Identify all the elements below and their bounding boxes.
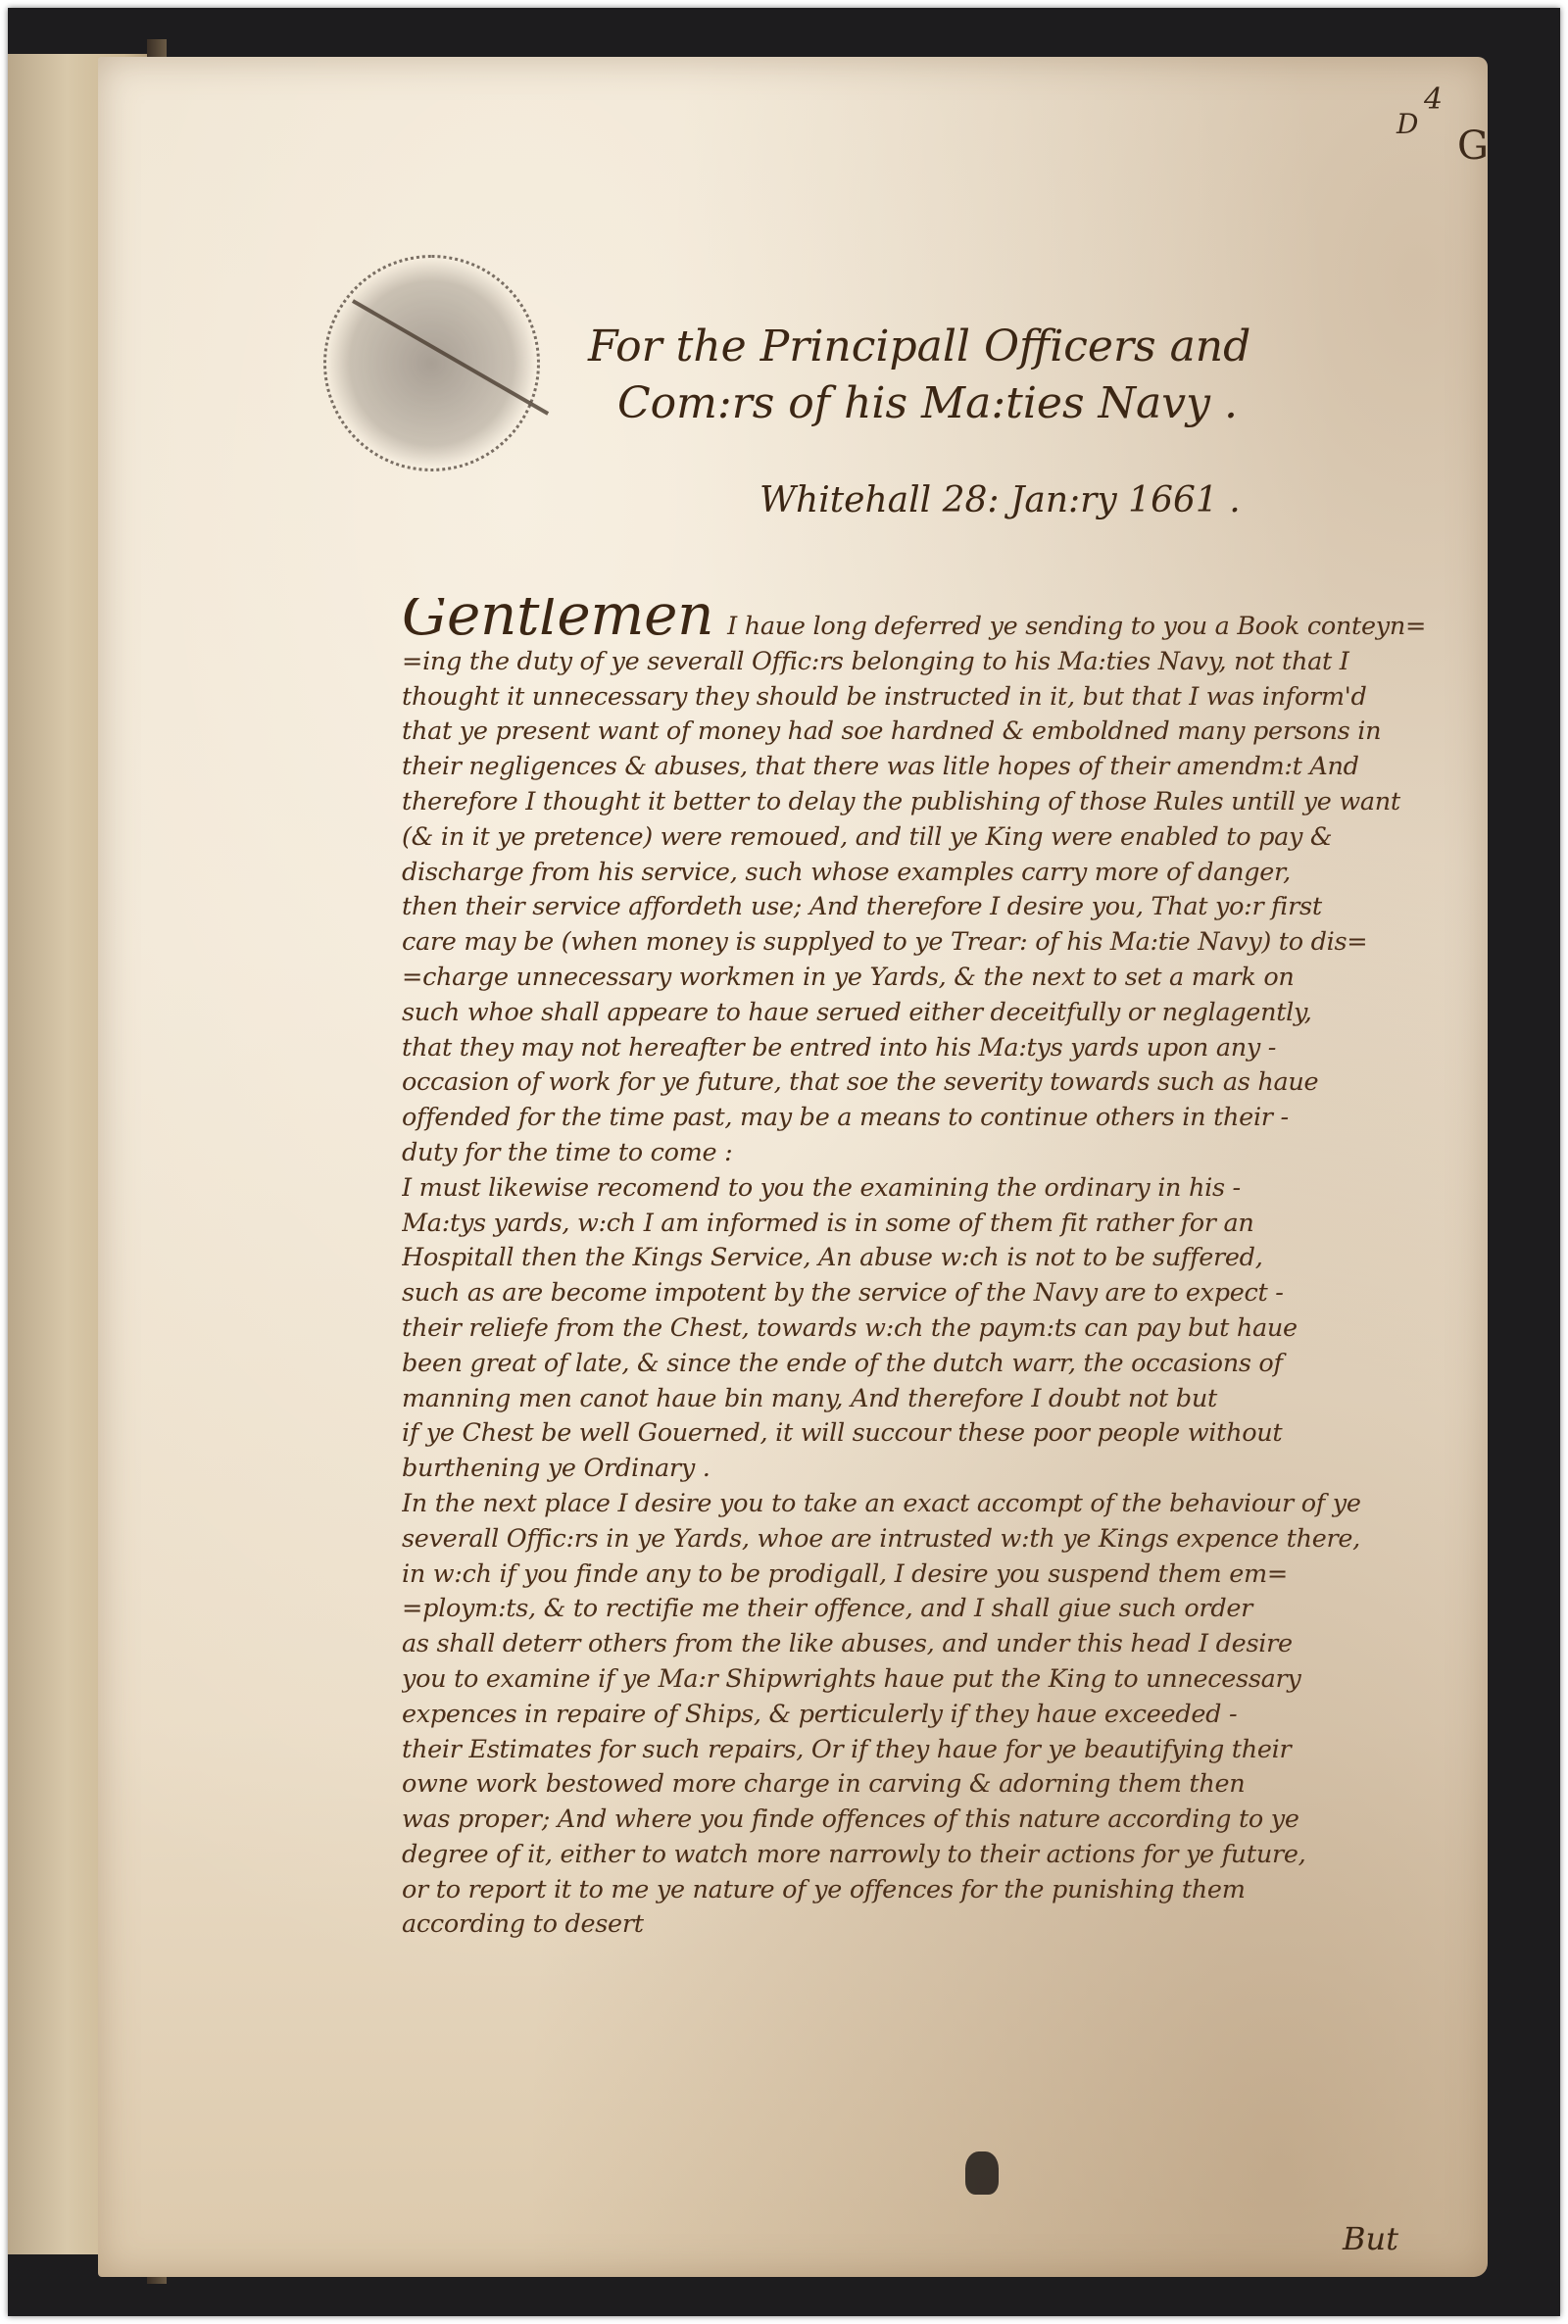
body-line: their negligences & abuses, that there w… bbox=[402, 750, 1441, 785]
body-line: such whoe shall appeare to haue serued e… bbox=[402, 996, 1441, 1031]
folio-number: 4 bbox=[1424, 82, 1443, 117]
body-line: discharge from his service, such whose e… bbox=[402, 856, 1441, 891]
body-line: In the next place I desire you to take a… bbox=[402, 1487, 1441, 1522]
body-line: =charge unnecessary workmen in ye Yards,… bbox=[402, 961, 1441, 996]
body-line: I must likewise recomend to you the exam… bbox=[402, 1171, 1441, 1207]
body-line: such as are become impotent by the servi… bbox=[402, 1276, 1441, 1311]
body-line: =ing the duty of ye severall Offic:rs be… bbox=[402, 645, 1441, 680]
body-line: if ye Chest be well Gouerned, it will su… bbox=[402, 1416, 1441, 1452]
body-line: manning men canot haue bin many, And the… bbox=[402, 1382, 1441, 1417]
catchword: But bbox=[1343, 2220, 1398, 2257]
body-line: Ma:tys yards, w:ch I am informed is in s… bbox=[402, 1207, 1441, 1242]
folio-marks: D 4 G bbox=[1396, 108, 1418, 140]
body-line: was proper; And where you finde offences… bbox=[402, 1803, 1441, 1838]
body-line: severall Offic:rs in ye Yards, whoe are … bbox=[402, 1522, 1441, 1558]
body-line: as shall deterr others from the like abu… bbox=[402, 1627, 1441, 1662]
body-line: duty for the time to come : bbox=[402, 1136, 1441, 1171]
body-line: (& in it ye pretence) were remoued, and … bbox=[402, 820, 1441, 856]
library-stamp-icon bbox=[965, 2151, 999, 2195]
letter-address: For the Principall Officers and Com:rs o… bbox=[588, 319, 1250, 432]
body-line: expences in repaire of Ships, & perticul… bbox=[402, 1698, 1441, 1733]
body-line: been great of late, & since the ende of … bbox=[402, 1347, 1441, 1382]
body-line: degree of it, either to watch more narro… bbox=[402, 1838, 1441, 1873]
body-line: according to desert bbox=[402, 1907, 1441, 1943]
body-line: Hospitall then the Kings Service, An abu… bbox=[402, 1241, 1441, 1276]
letter-body: GentlemenI haue long deferred ye sending… bbox=[402, 598, 1441, 1943]
folio-letter-mark: G bbox=[1457, 124, 1489, 169]
body-line: occasion of work for ye future, that soe… bbox=[402, 1065, 1441, 1101]
body-line: or to report it to me ye nature of ye of… bbox=[402, 1873, 1441, 1908]
body-line: care may be (when money is supplyed to y… bbox=[402, 925, 1441, 961]
dateline: Whitehall 28: Jan:ry 1661 . bbox=[759, 480, 1241, 520]
body-line: GentlemenI haue long deferred ye sending… bbox=[402, 598, 1441, 645]
body-line: you to examine if ye Ma:r Shipwrights ha… bbox=[402, 1662, 1441, 1698]
address-line-1: For the Principall Officers and bbox=[588, 319, 1250, 375]
body-line: their Estimates for such repairs, Or if … bbox=[402, 1733, 1441, 1768]
body-line: thought it unnecessary they should be in… bbox=[402, 680, 1441, 716]
folio-flourish: D bbox=[1396, 108, 1418, 140]
body-line: that they may not hereafter be entred in… bbox=[402, 1031, 1441, 1066]
body-line: in w:ch if you finde any to be prodigall… bbox=[402, 1558, 1441, 1593]
body-line: that ye present want of money had soe ha… bbox=[402, 715, 1441, 750]
body-line: then their service affordeth use; And th… bbox=[402, 890, 1441, 925]
wax-seal-icon bbox=[323, 255, 540, 471]
body-line: therefore I thought it better to delay t… bbox=[402, 785, 1441, 820]
body-line: owne work bestowed more charge in carvin… bbox=[402, 1767, 1441, 1803]
body-line: =ploym:ts, & to rectifie me their offenc… bbox=[402, 1592, 1441, 1627]
body-line: burthening ye Ordinary . bbox=[402, 1452, 1441, 1487]
body-line: offended for the time past, may be a mea… bbox=[402, 1101, 1441, 1136]
salutation: Gentlemen bbox=[402, 598, 713, 645]
address-line-2: Com:rs of his Ma:ties Navy . bbox=[588, 375, 1250, 432]
body-line: their reliefe from the Chest, towards w:… bbox=[402, 1311, 1441, 1347]
